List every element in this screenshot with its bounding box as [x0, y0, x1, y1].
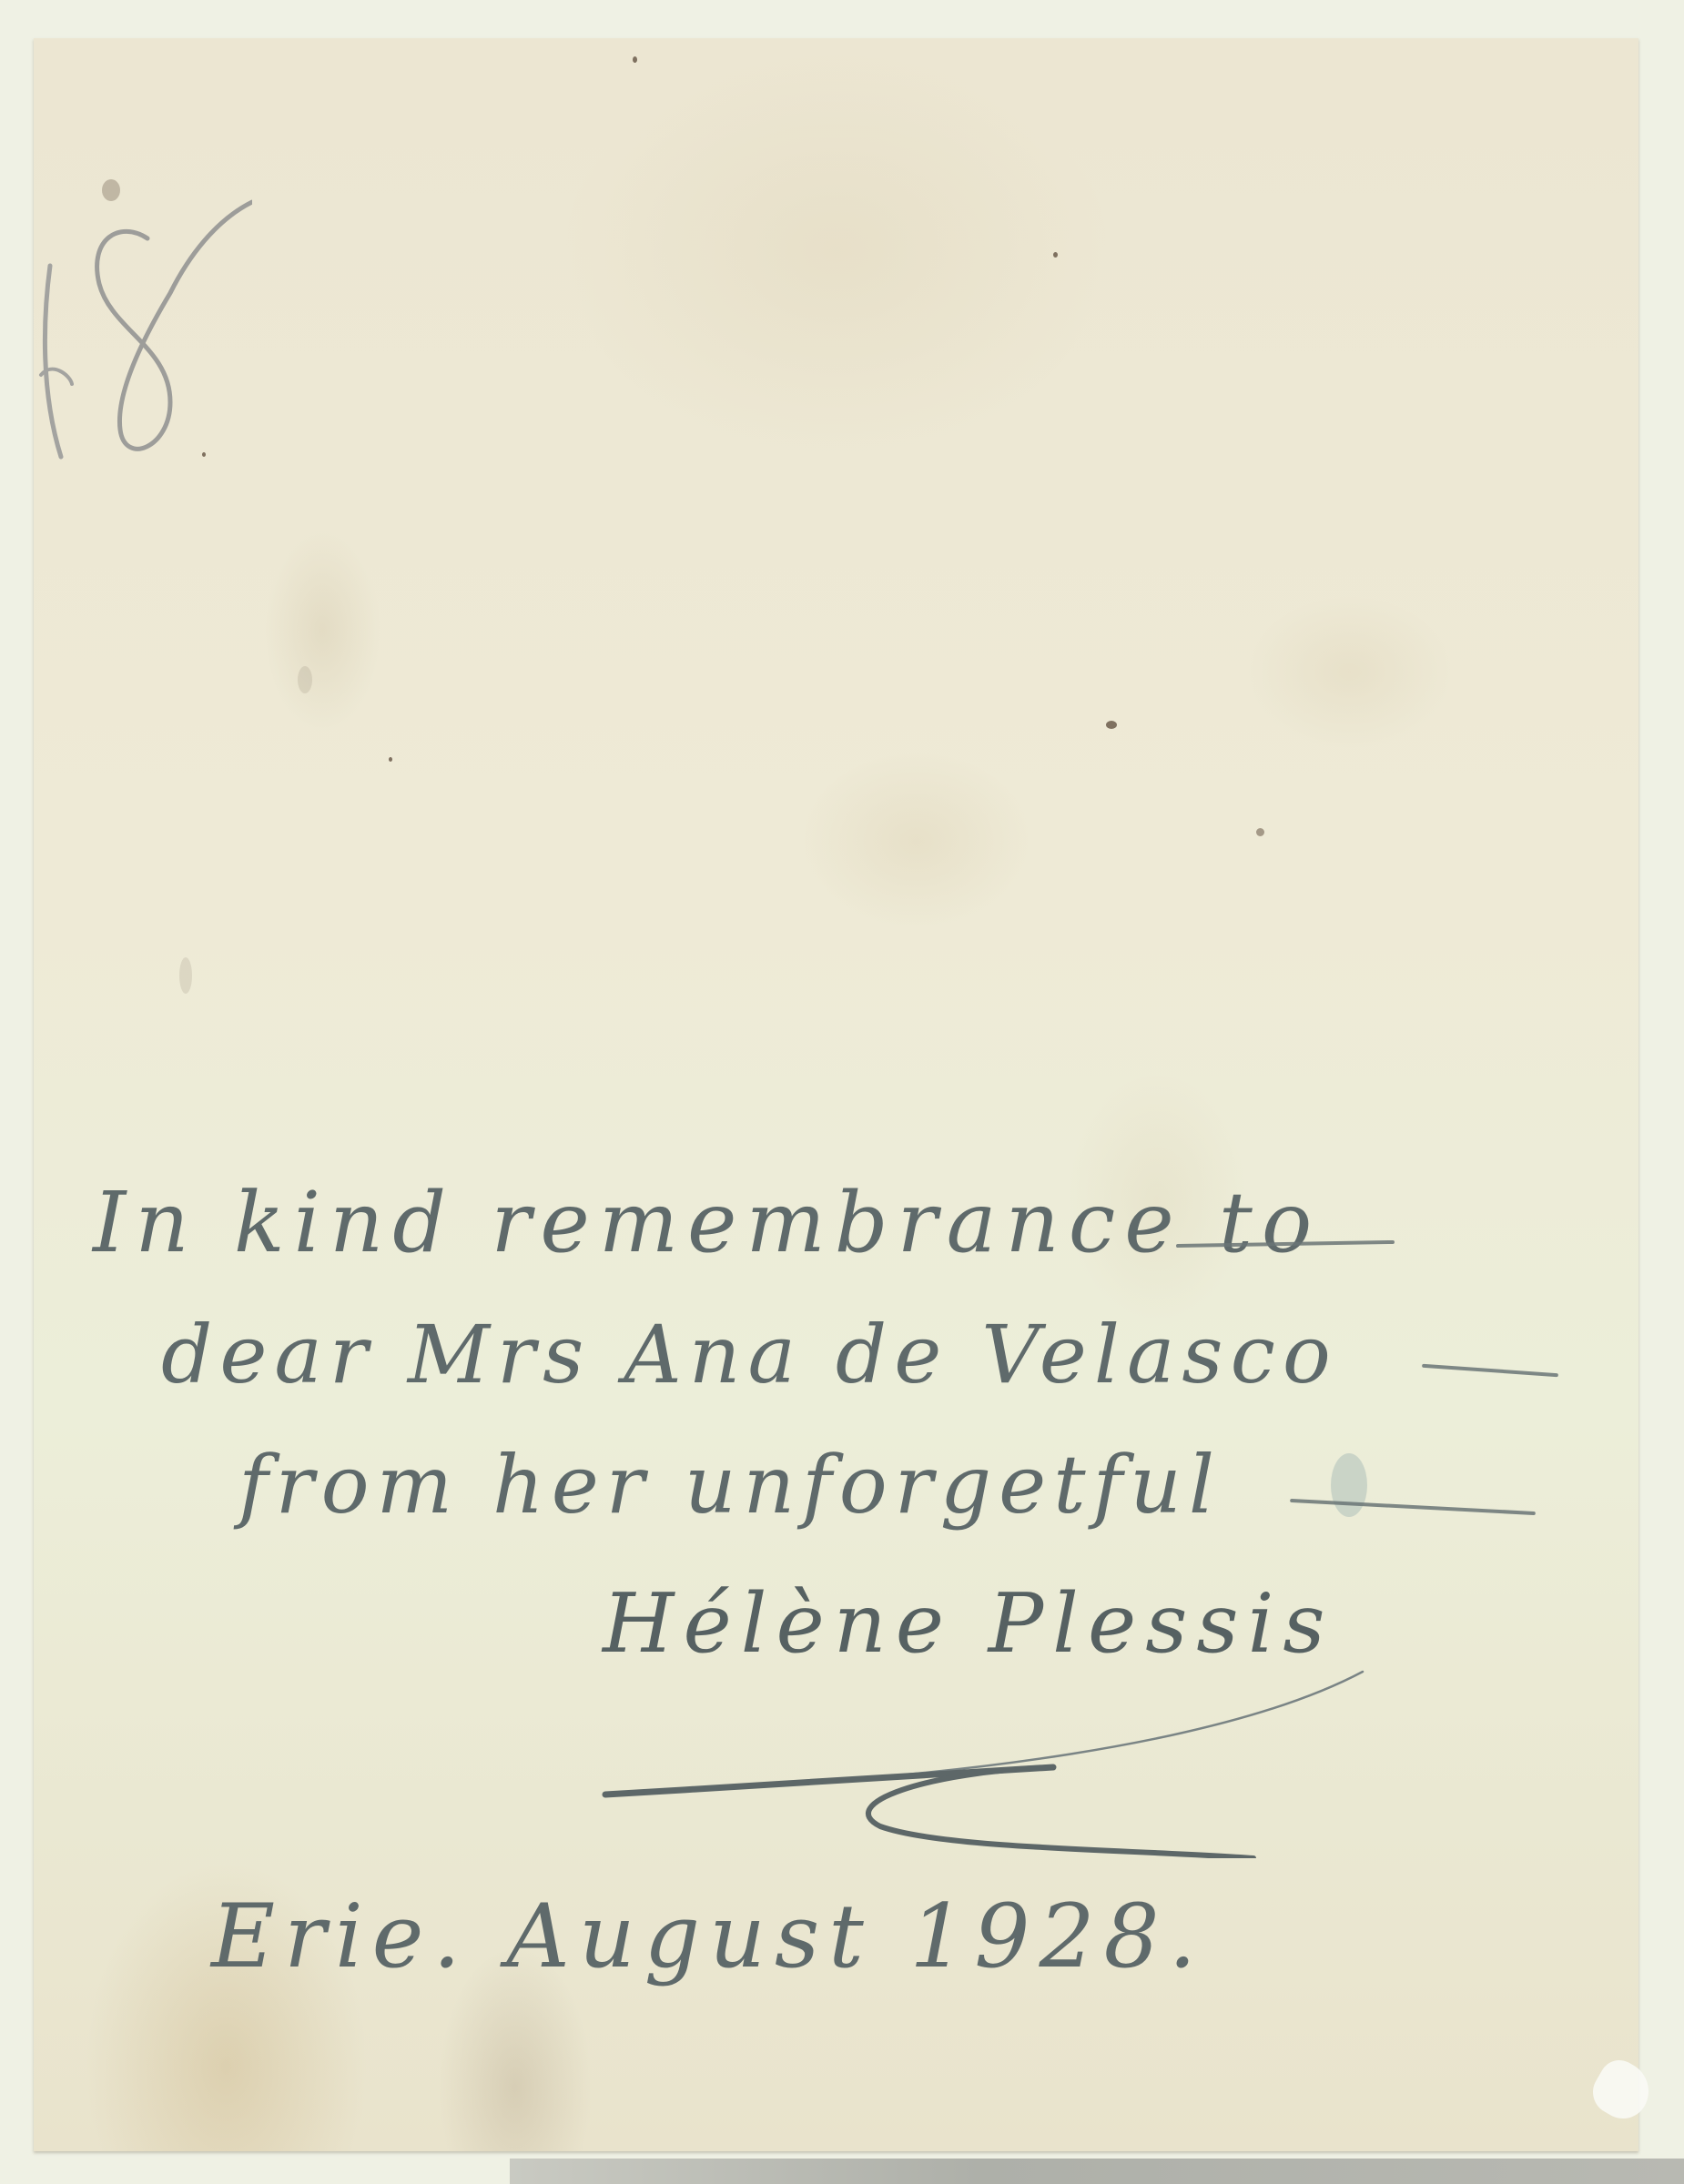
paper-card: 18 In kind remembrance to dear Mrs Ana d… — [34, 38, 1638, 2151]
inscription-line-3: from her unforgetful — [238, 1438, 1222, 1532]
foxing-speck — [1256, 828, 1264, 836]
place-and-date: Erie. August 1928. — [211, 1886, 1205, 1987]
scanner-edge-strip — [510, 2159, 1684, 2184]
foxing-speck — [389, 757, 392, 762]
foxing-speck — [633, 56, 637, 63]
foxing-speck — [179, 957, 192, 994]
foxing-speck — [1106, 721, 1117, 729]
pencil-number-mark — [34, 157, 252, 484]
ink-tail-stroke — [1290, 1499, 1536, 1515]
ink-smudge — [1331, 1453, 1367, 1517]
signature-flourish — [580, 1622, 1399, 1858]
paper-scuff — [1585, 2053, 1659, 2128]
foxing-speck — [1053, 252, 1058, 258]
ink-tail-stroke — [1422, 1364, 1558, 1377]
foxing-speck — [298, 666, 312, 693]
inscription-line-2: dear Mrs Ana de Velasco — [161, 1308, 1338, 1401]
inscription-line-1: In kind remembrance to — [93, 1174, 1321, 1271]
